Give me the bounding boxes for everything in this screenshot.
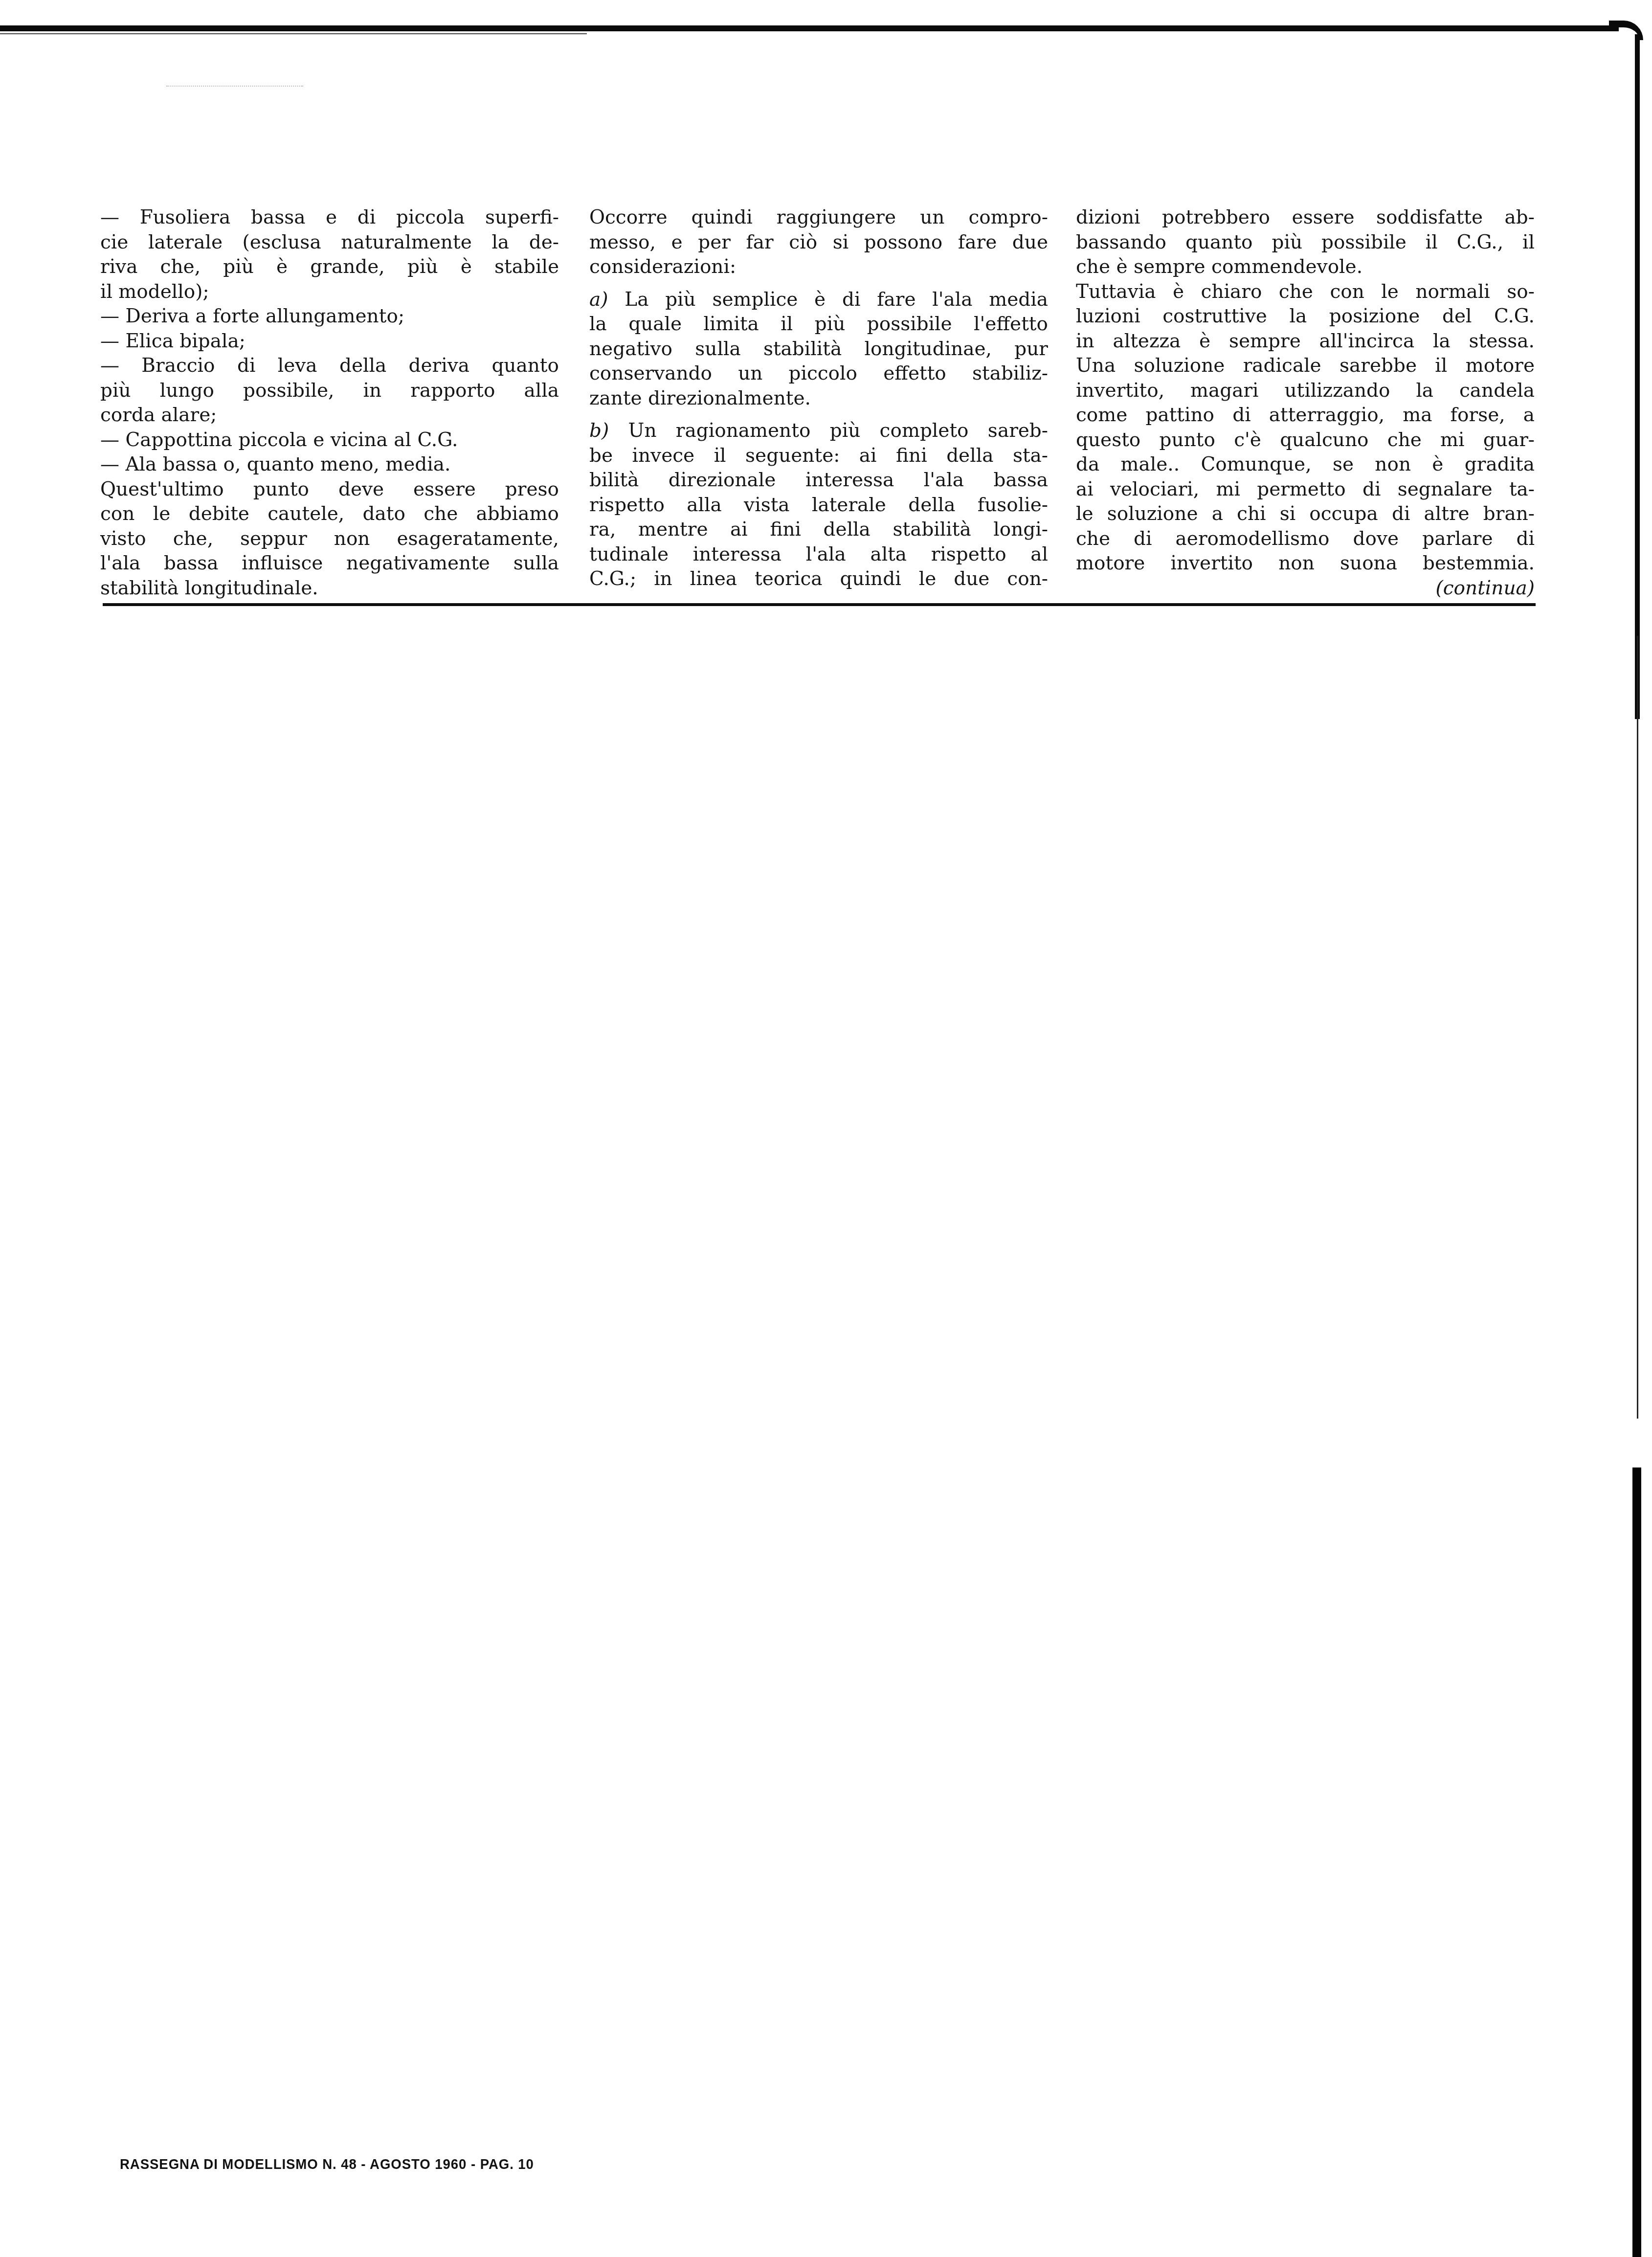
text-line: a) La più semplice è di fare l'ala media <box>589 288 1048 313</box>
text-line: bilità direzionale interessa l'ala bassa <box>589 468 1048 493</box>
right-border-upper <box>1635 34 1640 719</box>
text-line: corda alare; <box>100 403 559 428</box>
text-line: bassando quanto più possibile il C.G., i… <box>1076 230 1535 255</box>
right-border-lower <box>1632 1467 1641 2257</box>
text-line: Quest'ultimo punto deve essere preso <box>100 477 559 502</box>
text-line: Una soluzione radicale sarebbe il motore <box>1076 354 1535 379</box>
text-line: Tuttavia è chiaro che con le normali so- <box>1076 280 1535 305</box>
text-line: motore invertito non suona bestemmia. <box>1076 551 1535 576</box>
text-line: — Cappottina piccola e vicina al C.G. <box>100 428 559 453</box>
text-line: ai velociari, mi permetto di segnalare t… <box>1076 477 1535 502</box>
text-column-1: — Fusoliera bassa e di piccola superfi- … <box>100 205 559 601</box>
page-footer: RASSEGNA DI MODELLISMO N. 48 - AGOSTO 19… <box>120 2156 534 2173</box>
text-line: negativo sulla stabilità longitudinae, p… <box>589 337 1048 362</box>
text-line: riva che, più è grande, più è stabile <box>100 255 559 280</box>
paragraph-intro: Occorre quindi raggiungere un compro- me… <box>589 205 1048 280</box>
text-line: tudinale interessa l'ala alta rispetto a… <box>589 542 1048 567</box>
text-line: b) Un ragionamento più completo sareb- <box>589 419 1048 444</box>
paragraph-b: b) Un ragionamento più completo sareb- b… <box>589 419 1048 592</box>
top-border-hairline <box>0 33 587 34</box>
text-line: Occorre quindi raggiungere un compro- <box>589 205 1048 230</box>
text-line: da male.. Comunque, se non è gradita <box>1076 452 1535 477</box>
section-separator-rule <box>103 603 1536 606</box>
text-line: le soluzione a chi si occupa di altre br… <box>1076 502 1535 527</box>
text-line: — Fusoliera bassa e di piccola superfi- <box>100 205 559 230</box>
continuation-note: (continua) <box>1076 576 1535 601</box>
text-line: l'ala bassa influisce negativamente sull… <box>100 551 559 576</box>
text-line: che è sempre commendevole. <box>1076 255 1535 280</box>
right-border-middle <box>1637 636 1638 1419</box>
text-line: conservando un piccolo effetto stabiliz- <box>589 361 1048 386</box>
text-line: zante direzionalmente. <box>589 386 1048 411</box>
text-line: — Braccio di leva della deriva quanto <box>100 354 559 379</box>
text-line: che di aeromodellismo dove parlare di <box>1076 527 1535 552</box>
text-line: come pattino di atterraggio, ma forse, a <box>1076 403 1535 428</box>
text-line: — Ala bassa o, quanto meno, media. <box>100 452 559 477</box>
text-column-3: dizioni potrebbero essere soddisfatte ab… <box>1076 205 1535 601</box>
text-line: con le debite cautele, dato che abbiamo <box>100 502 559 527</box>
paragraph-a: a) La più semplice è di fare l'ala media… <box>589 288 1048 411</box>
text-line: be invece il seguente: ai fini della sta… <box>589 444 1048 469</box>
text-line: stabilità longitudinale. <box>100 576 559 601</box>
text-line: considerazioni: <box>589 255 1048 280</box>
text-line: ra, mentre ai fini della stabilità longi… <box>589 518 1048 542</box>
list-marker-b: b) <box>589 420 609 442</box>
text-line: luzioni costruttive la posizione del C.G… <box>1076 304 1535 329</box>
top-border-rule <box>0 25 1619 31</box>
text-line: — Deriva a forte allungamento; <box>100 304 559 329</box>
magazine-page: — Fusoliera bassa e di piccola superfi- … <box>0 0 1652 2257</box>
text-line: questo punto c'è qualcuno che mi guar- <box>1076 428 1535 453</box>
text-line: la quale limita il più possibile l'effet… <box>589 312 1048 337</box>
scan-speckles <box>166 86 303 89</box>
text-line: in altezza è sempre all'incirca la stess… <box>1076 329 1535 354</box>
text-line: — Elica bipala; <box>100 329 559 354</box>
text-line: più lungo possibile, in rapporto alla <box>100 379 559 404</box>
text-line: rispetto alla vista laterale della fusol… <box>589 493 1048 518</box>
text-line: il modello); <box>100 280 559 305</box>
text-line: visto che, seppur non esageratamente, <box>100 527 559 552</box>
text-line: messo, e per far ciò si possono fare due <box>589 230 1048 255</box>
text-line: invertito, magari utilizzando la candela <box>1076 379 1535 404</box>
text-column-2: Occorre quindi raggiungere un compro- me… <box>589 205 1048 592</box>
text-line: C.G.; in linea teorica quindi le due con… <box>589 567 1048 592</box>
list-marker-a: a) <box>589 289 608 311</box>
text-line: cie laterale (esclusa naturalmente la de… <box>100 230 559 255</box>
text-line: dizioni potrebbero essere soddisfatte ab… <box>1076 205 1535 230</box>
